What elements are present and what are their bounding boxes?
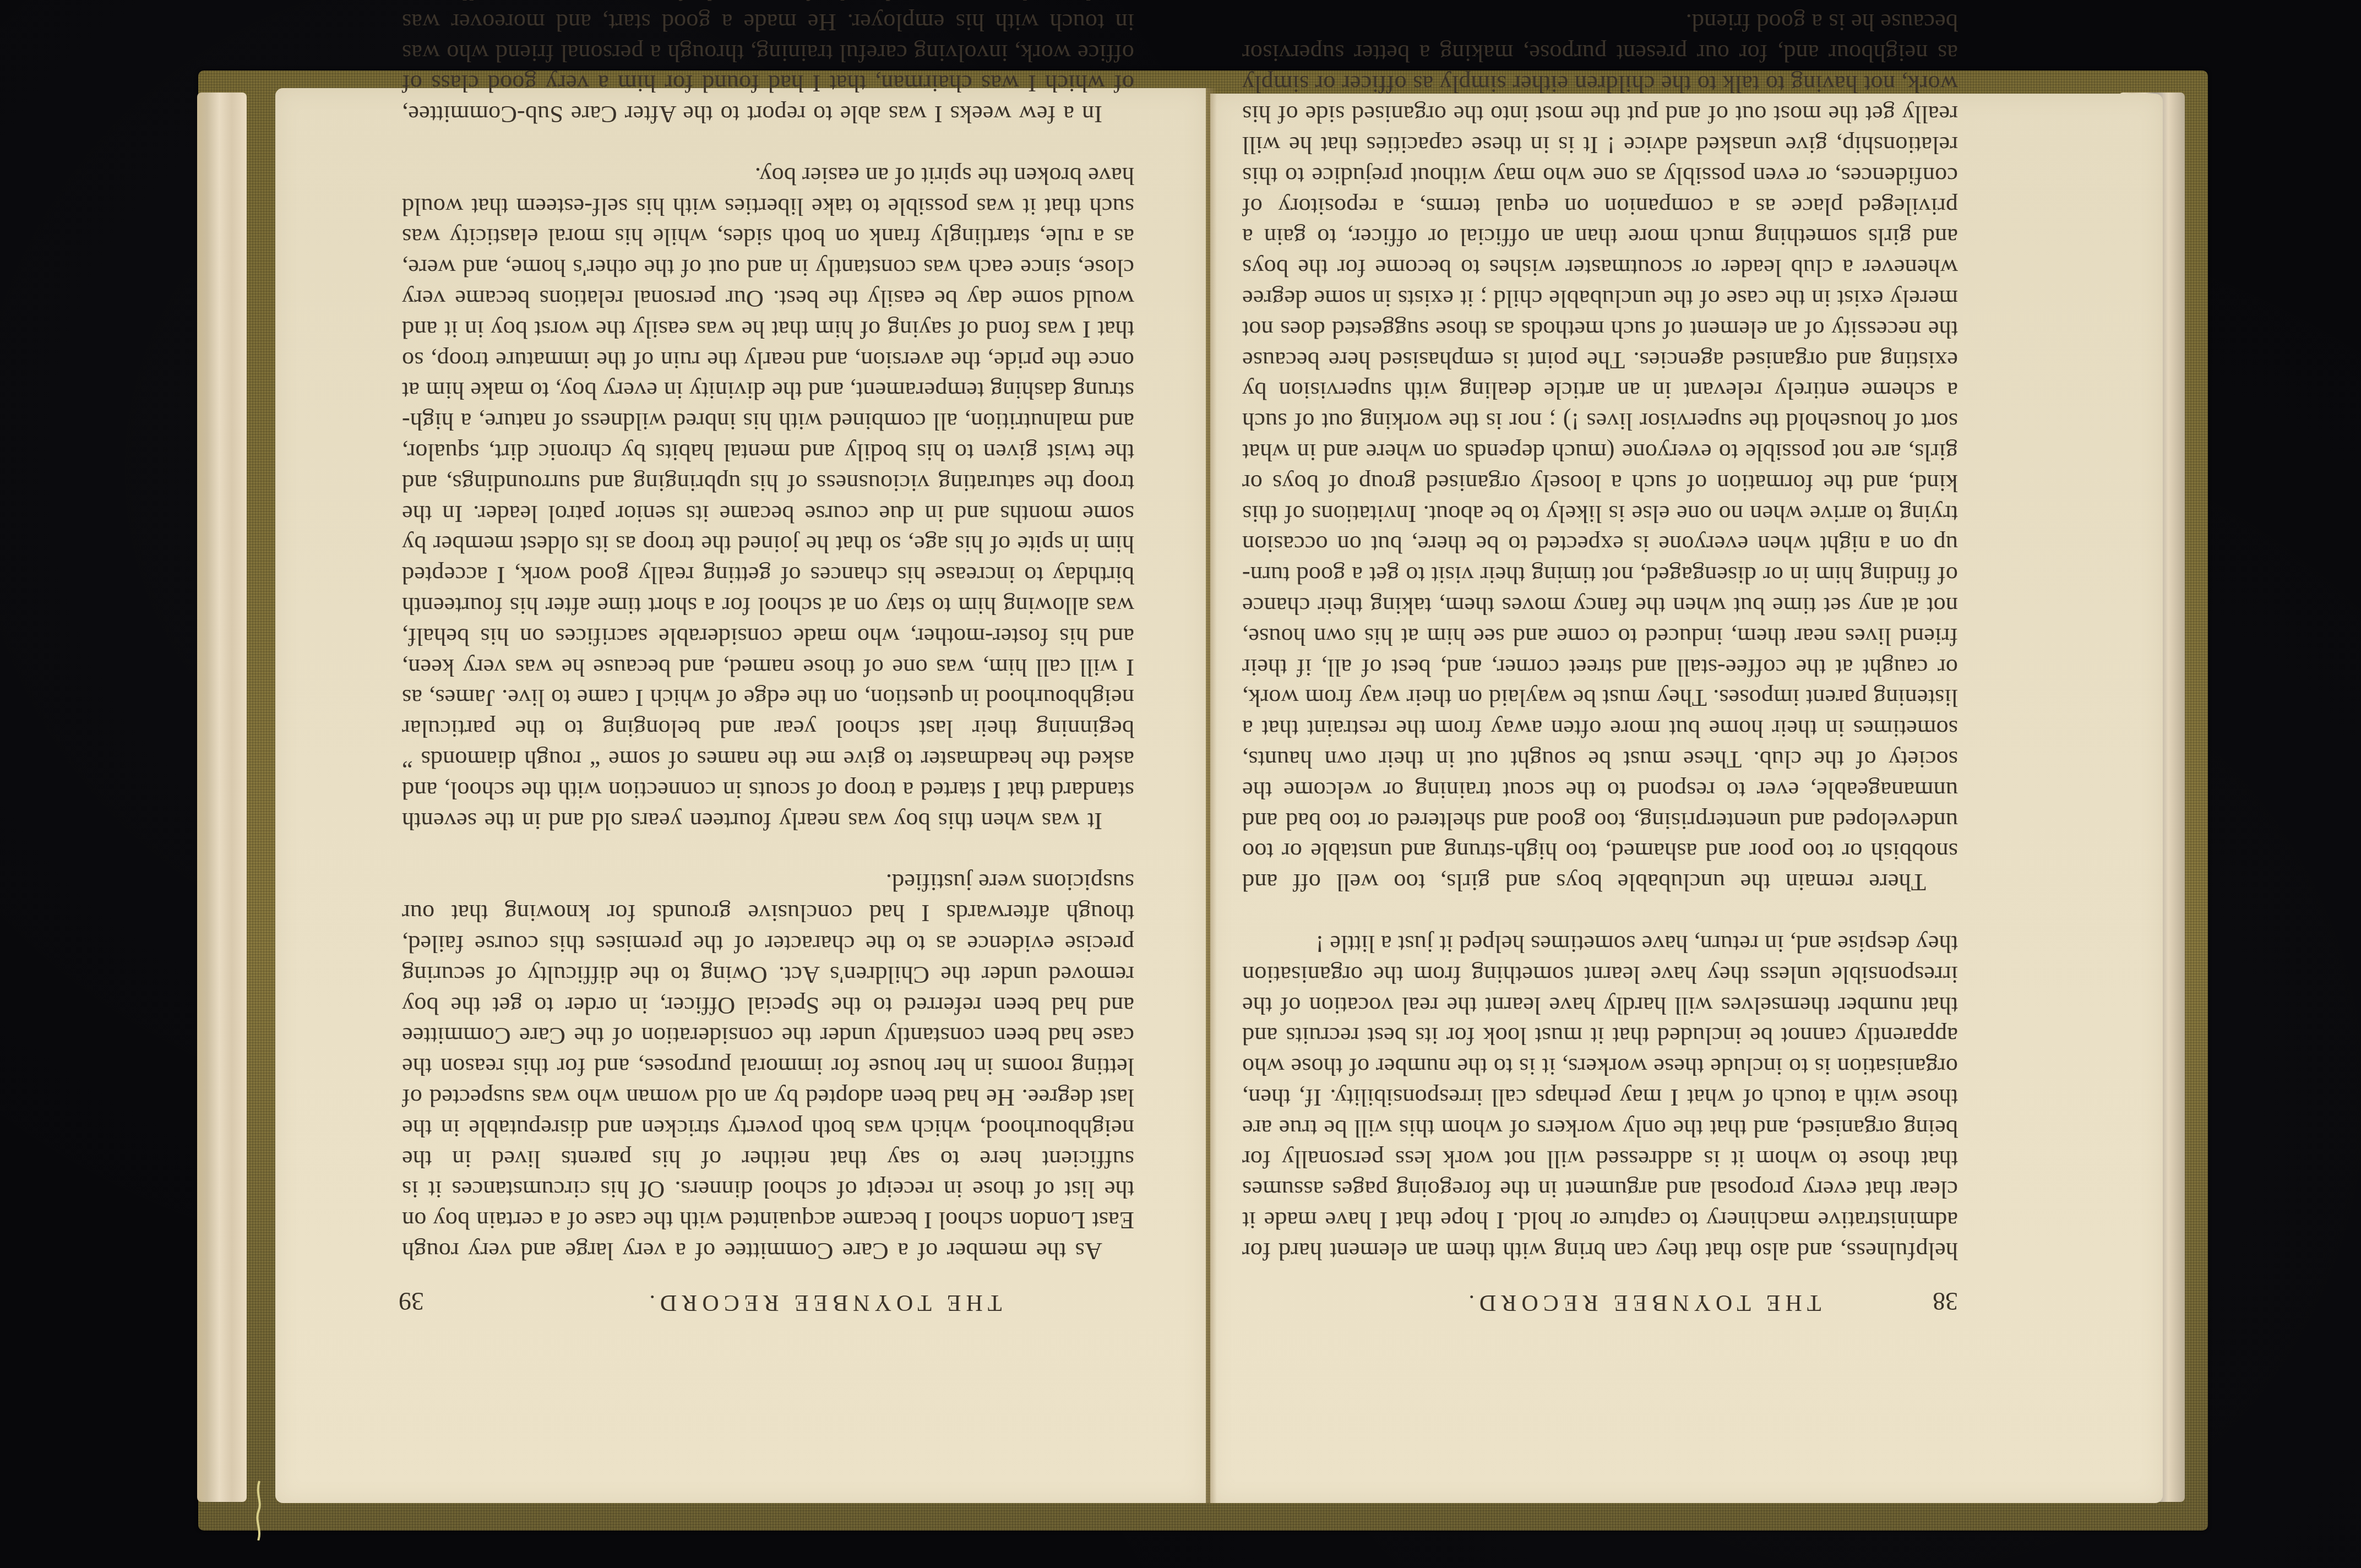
paragraph: It was when this boy was nearly fourteen… (402, 160, 1134, 836)
loose-binding-thread (253, 1480, 263, 1540)
running-title: THE TOYNBEE RECORD. (1210, 1289, 2163, 1316)
open-book-spread-rotated: 38 THE TOYNBEE RECORD. helpfulness, and … (0, 0, 2361, 1568)
page-number: 39 (399, 1287, 424, 1316)
paragraph: As the member of a Care Committee of a v… (402, 867, 1134, 1266)
page-39: THE TOYNBEE RECORD. 39 As the member of … (275, 88, 1206, 1503)
page-39-body: As the member of a Care Committee of a v… (402, 0, 1134, 1266)
paragraph: helpfulness, and also that they can brin… (1242, 928, 1958, 1266)
page-38-body: helpfulness, and also that they can brin… (1242, 0, 1958, 1266)
page-38: 38 THE TOYNBEE RECORD. helpfulness, and … (1210, 94, 2163, 1503)
paragraph: In a few weeks I was able to report to t… (402, 0, 1134, 129)
section-break: . . . . . (1242, 0, 1958, 7)
page-block-edge-right (197, 92, 247, 1502)
paragraph: There remain the unclubable boys and gir… (1242, 7, 1958, 897)
